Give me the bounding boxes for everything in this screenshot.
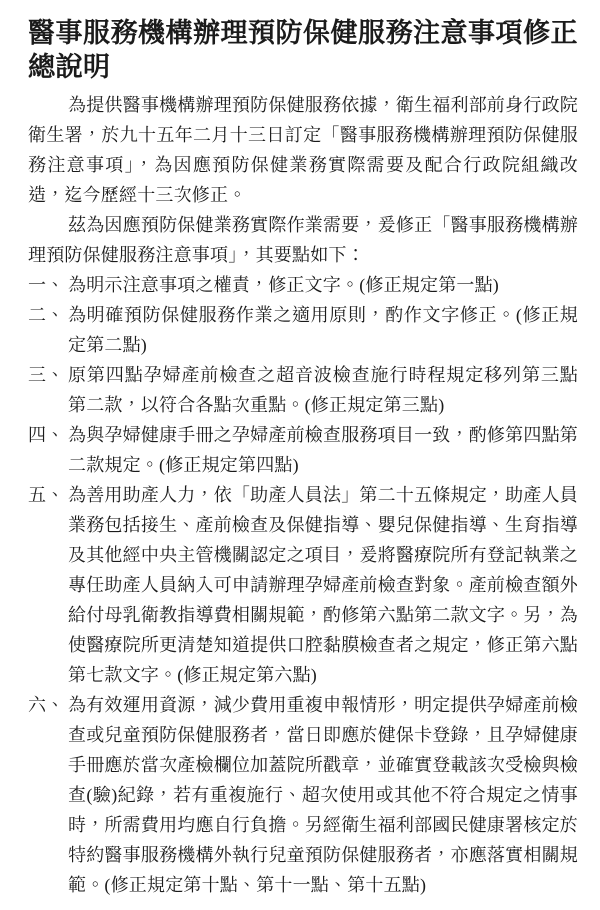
text-line: 業務包括接生、產前檢查及保健指導、嬰兒保健指導、生育指導	[28, 510, 578, 540]
text-line: 給付母乳衛教指導費相關規範，酌修第六點第二款文字。另，為	[28, 600, 578, 630]
list-item-line: 六、為有效運用資源，減少費用重複申報情形，明定提供孕婦產前檢	[28, 690, 578, 720]
item-number: 二、	[28, 300, 68, 330]
item-number: 六、	[28, 690, 68, 720]
text-line: 特約醫事服務機構外執行兒童預防保健服務者，亦應落實相關規	[28, 840, 578, 870]
title-line: 總說明	[28, 50, 578, 84]
document-page: 醫事服務機構辦理預防保健服務注意事項修正總說明 為提供醫事機構辦理預防保健服務依…	[0, 0, 600, 910]
document-title: 醫事服務機構辦理預防保健服務注意事項修正總說明	[28, 16, 578, 84]
list-item-line: 一、為明示注意事項之權責，修正文字。(修正規定第一點)	[28, 270, 578, 300]
text-line: 理預防保健服務注意事項」，其要點如下：	[28, 240, 578, 270]
text-line: 查或兒童預防保健服務者，當日即應於健保卡登錄，且孕婦健康	[28, 720, 578, 750]
text-line: 範。(修正規定第十點、第十一點、第十五點)	[28, 870, 578, 900]
text-line: 二款規定。(修正規定第四點)	[28, 450, 578, 480]
text-line: 專任助產人員納入可申請辦理孕婦產前檢查對象。產前檢查額外	[28, 570, 578, 600]
text-line: 茲為因應預防保健業務實際作業需要，爰修正「醫事服務機構辦	[28, 210, 578, 240]
item-number: 三、	[28, 360, 68, 390]
text-line: 為提供醫事機構辦理預防保健服務依據，衛生福利部前身行政院	[28, 90, 578, 120]
list-item-line: 五、為善用助產人力，依「助產人員法」第二十五條規定，助產人員	[28, 480, 578, 510]
text-line: 造，迄今歷經十三次修正。	[28, 180, 578, 210]
list-item-line: 二、為明確預防保健服務作業之適用原則，酌作文字修正。(修正規	[28, 300, 578, 330]
item-number: 五、	[28, 480, 68, 510]
text-line: 衛生署，於九十五年二月十三日訂定「醫事服務機構辦理預防保健服	[28, 120, 578, 150]
text-line: 務注意事項」，為因應預防保健業務實際需要及配合行政院組織改	[28, 150, 578, 180]
text-line: 時，所需費用均應自行負擔。另經衛生福利部國民健康署核定於	[28, 810, 578, 840]
document-body: 為提供醫事機構辦理預防保健服務依據，衛生福利部前身行政院衛生署，於九十五年二月十…	[28, 90, 578, 900]
list-item-line: 三、原第四點孕婦產前檢查之超音波檢查施行時程規定移列第三點	[28, 360, 578, 390]
item-number: 四、	[28, 420, 68, 450]
text-line: 定第二點)	[28, 330, 578, 360]
text-line: 及其他經中央主管機關認定之項目，爰將醫療院所有登記執業之	[28, 540, 578, 570]
text-line: 使醫療院所更清楚知道提供口腔黏膜檢查者之規定，修正第六點	[28, 630, 578, 660]
item-number: 一、	[28, 270, 68, 300]
text-line: 第七款文字。(修正規定第六點)	[28, 660, 578, 690]
list-item-line: 四、為與孕婦健康手冊之孕婦產前檢查服務項目一致，酌修第四點第	[28, 420, 578, 450]
text-line: 手冊應於當次產檢欄位加蓋院所戳章，並確實登載該次受檢與檢	[28, 750, 578, 780]
text-line: 第二款，以符合各點次重點。(修正規定第三點)	[28, 390, 578, 420]
title-line: 醫事服務機構辦理預防保健服務注意事項修正	[28, 16, 578, 50]
text-line: 查(驗)紀錄，若有重複施行、超次使用或其他不符合規定之情事	[28, 780, 578, 810]
